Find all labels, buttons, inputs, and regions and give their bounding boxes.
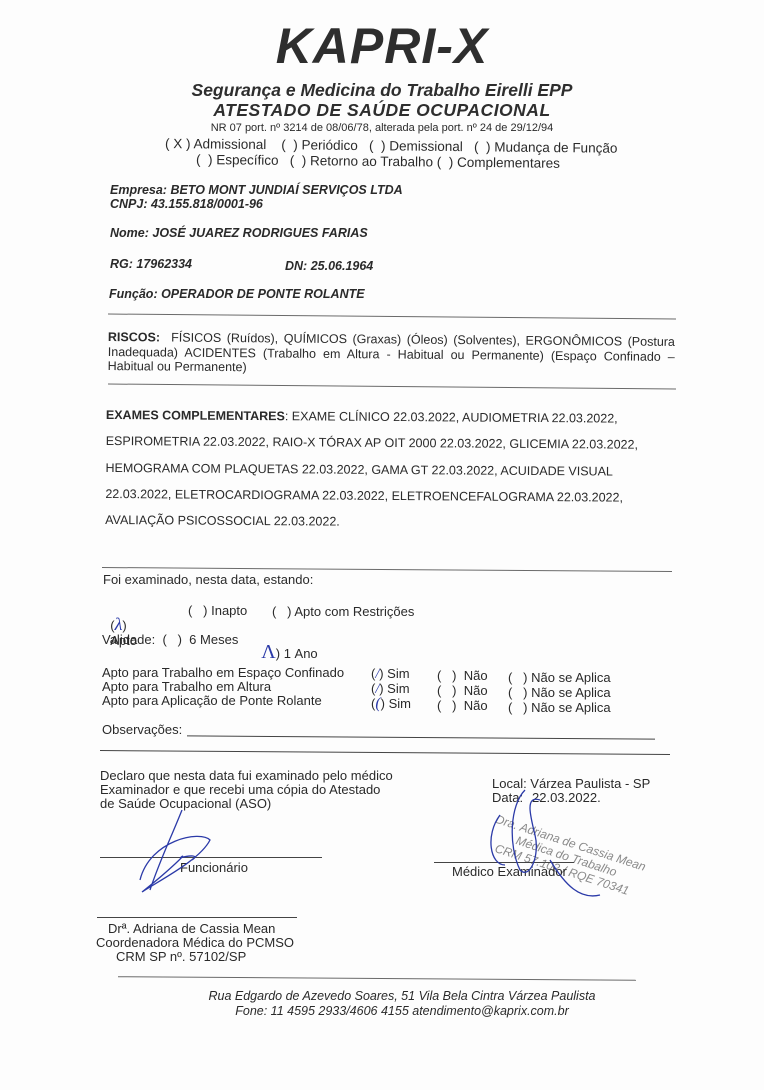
riscos-text: FÍSICOS (Ruídos), QUÍMICOS (Graxas) (Óle… — [108, 331, 675, 375]
observacoes-input-line[interactable] — [187, 735, 655, 739]
divider — [108, 384, 676, 390]
pen-check-mark-icon: λ — [115, 614, 123, 634]
resultado-intro: Foi examinado, nesta data, estando: — [103, 572, 313, 587]
aptidao-nao-se-aplica-option[interactable]: ( ) Não se Aplica — [508, 700, 611, 715]
footer-address: Rua Edgardo de Azevedo Soares, 51 Vila B… — [0, 988, 764, 1004]
exames-line: ESPIROMETRIA 22.03.2022, RAIO-X TÓRAX AP… — [106, 428, 646, 458]
rg-field: RG: 17962334 — [110, 257, 192, 272]
company-name: Segurança e Medicina do Trabalho Eirelli… — [0, 80, 764, 100]
doctor-signature-icon — [480, 785, 620, 905]
employee-signature-icon — [130, 800, 230, 900]
coordenadora-signature-line — [97, 917, 297, 918]
inapto-option[interactable]: ( ) Inapto — [188, 603, 247, 618]
divider — [108, 314, 676, 320]
company-logo: KAPRI-X — [0, 18, 764, 74]
coordenadora-role: Coordenadora Médica do PCMSO — [96, 935, 294, 950]
exam-type-options-row-2: ( ) Específico ( ) Retorno ao Trabalho (… — [196, 152, 560, 172]
aptidao-sim-option[interactable]: (/) Sim — [371, 666, 410, 682]
validade-6-meses-option[interactable]: Validade: ( ) 6 Meses — [102, 632, 238, 647]
riscos-label: RISCOS: — [108, 330, 160, 344]
riscos-section: RISCOS: FÍSICOS (Ruídos), QUÍMICOS (Grax… — [108, 330, 675, 378]
regulation-text: NR 07 port. nº 3214 de 08/06/78, alterad… — [0, 122, 764, 135]
nome-field: Nome: JOSÉ JUAREZ RODRIGUES FARIAS — [110, 226, 368, 241]
aptidao-sim-option[interactable]: (() Sim — [371, 696, 411, 711]
coordenadora-name: Drª. Adriana de Cassia Mean — [108, 921, 275, 936]
document-title: ATESTADO DE SAÚDE OCUPACIONAL — [0, 100, 764, 120]
aptidao-nao-option[interactable]: ( ) Não — [437, 698, 488, 713]
exames-line: AVALIAÇÃO PSICOSSOCIAL 22.03.2022. — [105, 507, 645, 537]
exames-line: 22.03.2022, ELETROCARDIOGRAMA 22.03.2022… — [105, 481, 645, 511]
exames-line: : EXAME CLÍNICO 22.03.2022, AUDIOMETRIA … — [285, 409, 618, 425]
dn-field: DN: 25.06.1964 — [285, 259, 373, 274]
apto-restricoes-option[interactable]: ( ) Apto com Restrições — [272, 604, 414, 619]
exames-line: HEMOGRAMA COM PLAQUETAS 22.03.2022, GAMA… — [105, 455, 645, 485]
exames-label: EXAMES COMPLEMENTARES — [106, 408, 285, 423]
coordenadora-crm: CRM SP nº. 57102/SP — [116, 949, 246, 964]
declaracao-text-line: Examinador e que recebi uma cópia do Ate… — [100, 782, 380, 797]
pen-check-mark-icon: Λ — [261, 641, 276, 663]
observacoes-input-line-2[interactable] — [100, 750, 670, 755]
exames-section: EXAMES COMPLEMENTARES: EXAME CLÍNICO 22.… — [105, 402, 646, 537]
validade-1-ano-option[interactable]: Λ) 1 Ano — [254, 630, 318, 661]
aptidao-label: Apto para Trabalho em Altura — [102, 679, 271, 694]
observacoes-label: Observações: — [102, 722, 182, 737]
aptidao-nao-se-aplica-option[interactable]: ( ) Não se Aplica — [508, 685, 611, 700]
footer-divider — [118, 976, 636, 981]
aptidao-nao-option[interactable]: ( ) Não — [437, 668, 488, 683]
cnpj-field: CNPJ: 43.155.818/0001-96 — [110, 197, 263, 212]
declaracao-text-line: Declaro que nesta data fui examinado pel… — [100, 768, 393, 783]
funcao-field: Função: OPERADOR DE PONTE ROLANTE — [109, 287, 365, 302]
footer-contact: Fone: 11 4595 2933/4606 4155 atendimento… — [0, 1003, 764, 1019]
aptidao-nao-option[interactable]: ( ) Não — [437, 683, 488, 698]
aptidao-nao-se-aplica-option[interactable]: ( ) Não se Aplica — [508, 670, 611, 685]
aptidao-label: Apto para Aplicação de Ponte Rolante — [102, 693, 322, 708]
checkbox-apto[interactable]: (λ) — [110, 618, 126, 633]
validade-1-ano-label: ) 1 Ano — [276, 646, 318, 661]
empresa-field: Empresa: BETO MONT JUNDIAÍ SERVIÇOS LTDA — [110, 183, 403, 198]
aptidao-label: Apto para Trabalho em Espaço Confinado — [102, 665, 344, 680]
